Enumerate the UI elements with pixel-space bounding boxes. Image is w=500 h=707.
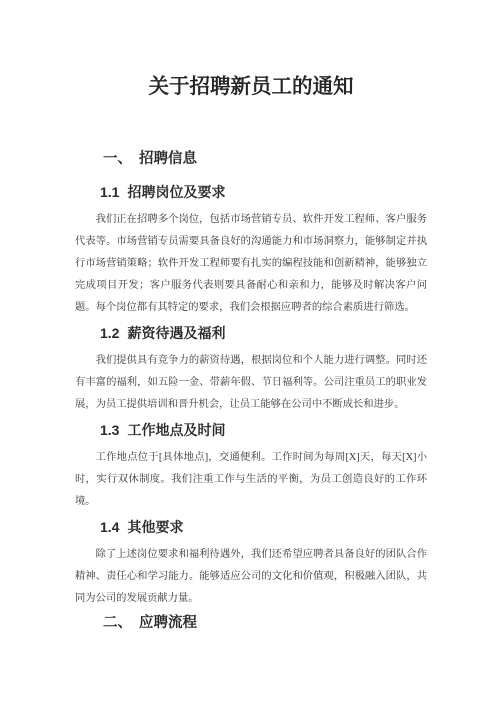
subsection-number: 1.2: [100, 325, 119, 341]
subsection-label: 工作地点及时间: [127, 422, 225, 438]
section-number: 二、: [103, 615, 132, 631]
subsection-heading-1-2: 1.2薪资待遇及福利: [100, 325, 427, 342]
subsection-number: 1.4: [100, 519, 119, 535]
subsection-label: 其他要求: [127, 519, 183, 535]
subsection-number: 1.3: [100, 422, 119, 438]
paragraph-other-requirements: 除了上述岗位要求和福利待遇外，我们还希望应聘者具备良好的团队合作精神、责任心和学…: [75, 544, 427, 610]
subsection-heading-1-3: 1.3工作地点及时间: [100, 422, 427, 439]
subsection-label: 招聘岗位及要求: [127, 184, 225, 200]
subsection-number: 1.1: [100, 184, 119, 200]
subsection-heading-1-1: 1.1招聘岗位及要求: [100, 184, 427, 201]
section-heading-1: 一、招聘信息: [103, 151, 427, 168]
paragraph-location-hours: 工作地点位于[具体地点]，交通便利。工作时间为每周[X]天，每天[X]小时，实行…: [75, 447, 427, 513]
paragraph-salary-benefits: 我们提供具有竞争力的薪资待遇，根据岗位和个人能力进行调整。同时还有丰富的福利，如…: [75, 350, 427, 416]
section-label: 招聘信息: [139, 151, 197, 167]
subsection-label: 薪资待遇及福利: [127, 325, 225, 341]
subsection-heading-1-4: 1.4其他要求: [100, 519, 427, 536]
paragraph-positions-requirements: 我们正在招聘多个岗位，包括市场营销专员、软件开发工程师、客户服务代表等。市场营销…: [75, 209, 427, 319]
section-label: 应聘流程: [139, 615, 197, 631]
section-number: 一、: [103, 151, 132, 167]
section-heading-2: 二、应聘流程: [103, 615, 427, 632]
document-page: 关于招聘新员工的通知 一、招聘信息 1.1招聘岗位及要求 我们正在招聘多个岗位，…: [0, 0, 500, 707]
document-title: 关于招聘新员工的通知: [75, 72, 427, 102]
